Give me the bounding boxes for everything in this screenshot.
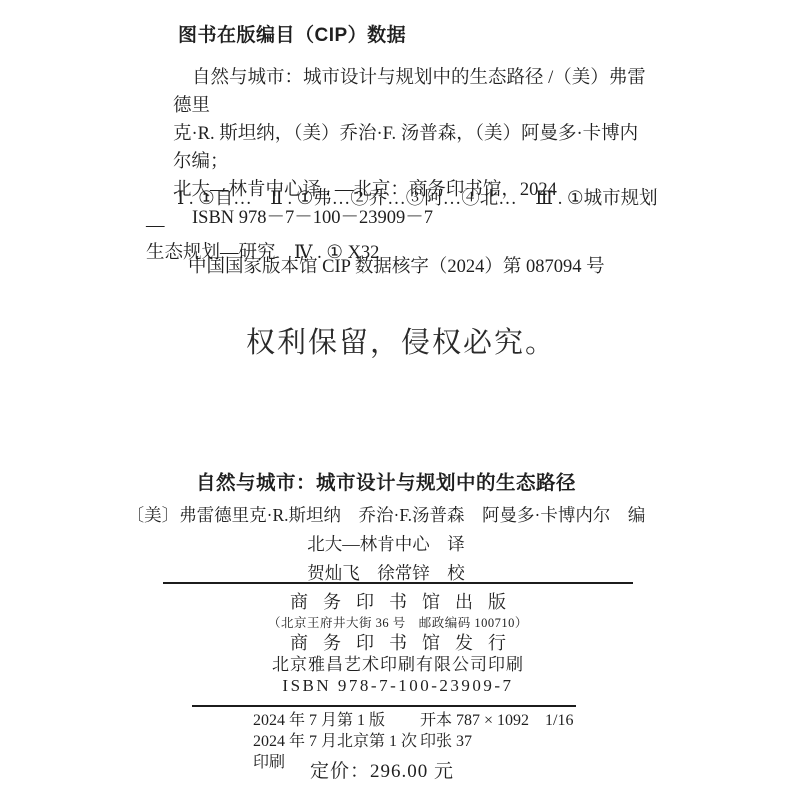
divider-rule-bottom	[192, 705, 576, 707]
imprint-distributor-line: 商务印书馆发行	[15, 633, 796, 654]
imprint-publisher-line: 商务印书馆出版	[15, 592, 796, 613]
colophon-row: 2024 年 7 月第 1 版 开本 787 × 1092 1/16	[253, 710, 703, 731]
book-title: 自然与城市：城市设计与规划中的生态路径	[0, 470, 772, 496]
cip-record-line: 克·R. 斯坦纳，（美）乔治·F. 汤普森，（美）阿曼多·卡博内尔编；	[173, 120, 653, 176]
price-line: 定价：296.00 元	[0, 756, 764, 783]
rights-notice: 权利保留，侵权必究。	[0, 320, 800, 361]
cip-registry-number: 中国国家版本馆 CIP 数据核字（2024）第 087094 号	[188, 252, 605, 278]
cip-record-line: 自然与城市：城市设计与规划中的生态路径 /（美）弗雷德里	[173, 64, 653, 120]
edition-info: 2024 年 7 月第 1 版	[253, 710, 420, 731]
imprint-block: 商务印书馆出版 （北京王府井大街 36 号 邮政编码 100710） 商务印书馆…	[0, 592, 796, 696]
cip-heading: 图书在版编目（CIP）数据	[178, 20, 406, 47]
cip-classification-line: Ⅰ . ①自… Ⅱ . ①弗…②乔…③阿…④北… Ⅲ . ①城市规划—	[146, 186, 666, 240]
imprint-address-line: （北京王府井大街 36 号 邮政编码 100710）	[0, 614, 796, 633]
format-info: 开本 787 × 1092 1/16	[420, 710, 573, 731]
divider-rule-top	[163, 582, 633, 584]
imprint-printer-line: 北京雅昌艺术印刷有限公司印刷	[0, 654, 796, 675]
title-block: 自然与城市：城市设计与规划中的生态路径 〔美〕弗雷德里克·R.斯坦纳 乔治·F.…	[0, 470, 772, 585]
book-authors: 〔美〕弗雷德里克·R.斯坦纳 乔治·F.汤普森 阿曼多·卡博内尔 编	[0, 503, 772, 527]
book-translators: 北大—林肯中心 译	[0, 532, 772, 556]
imprint-isbn-line: ISBN 978-7-100-23909-7	[0, 675, 796, 696]
copyright-page: 图书在版编目（CIP）数据 自然与城市：城市设计与规划中的生态路径 /（美）弗雷…	[0, 0, 800, 800]
